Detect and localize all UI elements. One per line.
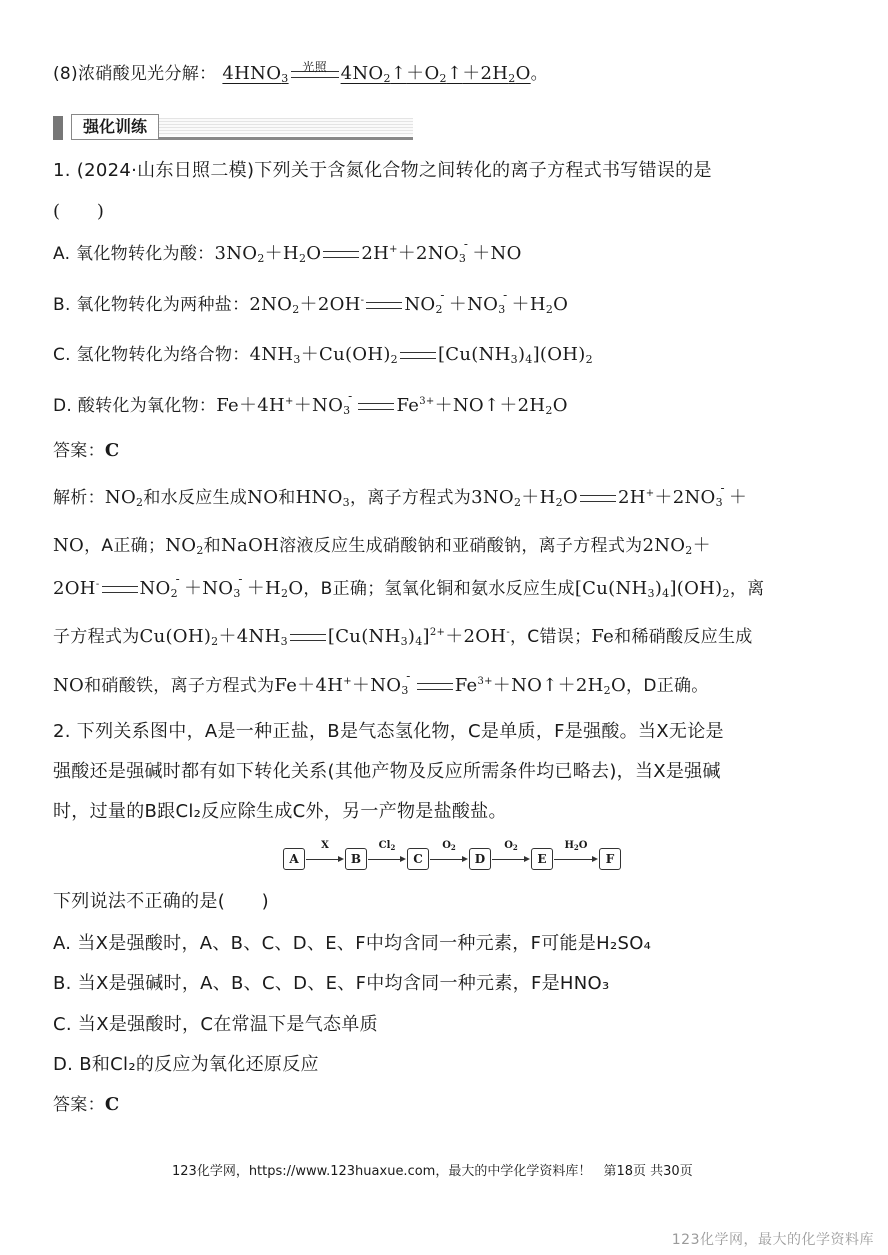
condition-equals-sign: 光照 <box>291 71 339 78</box>
q1-option-a: A. 氧化物转化为酸：3NO2＋H2O2H+＋2NO3- ＋NO <box>53 242 522 266</box>
q1-blank: ( ) <box>53 200 104 224</box>
node-b: B <box>345 848 367 870</box>
q2-option-b: B. 当X是强碱时，A、B、C、D、E、F中均含同一种元素，F是HNO₃ <box>53 972 609 996</box>
q2-option-c: C. 当X是强酸时，C在常温下是气态单质 <box>53 1013 378 1037</box>
q2-stem-line-1: 2. 下列关系图中，A是一种正盐，B是气态氢化物，C是单质，F是强酸。当X无论是 <box>53 720 724 744</box>
arrow-head-icon <box>400 856 406 862</box>
node-f: F <box>599 848 621 870</box>
node-a: A <box>283 848 305 870</box>
q2-stem-line-3: 时，过量的B跟Cl₂反应除生成C外，另一产物是盐酸盐。 <box>53 800 507 824</box>
q1-analysis-line-5: NO和硝酸铁，离子方程式为Fe＋4H+＋NO3- Fe3+＋NO↑＋2H2O，D… <box>53 674 709 698</box>
relation-flow-diagram: A X B Cl2 C O2 D O2 E H2O F <box>283 847 621 871</box>
section-stripes-decoration <box>159 118 413 136</box>
q1-answer-value: C <box>105 440 120 461</box>
node-e: E <box>531 848 553 870</box>
q1-answer: 答案：C <box>53 439 120 463</box>
arrow-head-icon <box>462 856 468 862</box>
footer-site-text: 123化学网，https://www.123huaxue.com，最大的中学化学… <box>172 1164 591 1179</box>
q1-analysis-line-4: 子方程式为Cu(OH)2＋4NH3[Cu(NH3)4]2+＋2OH-，C错误；F… <box>53 625 753 649</box>
arrow-head-icon <box>524 856 530 862</box>
watermark: 123化学网，最大的化学资料库 <box>672 1229 874 1249</box>
section-header: 强化训练 <box>53 114 413 140</box>
section-title: 强化训练 <box>71 114 159 139</box>
footer-page-number: 第18页 共30页 <box>603 1164 692 1179</box>
arrow-head-icon <box>338 856 344 862</box>
arrow-o2-second: O2 <box>492 849 530 869</box>
q1-analysis-line-2: NO，A正确；NO2和NaOH溶液反应生成硝酸钠和亚硝酸钠，离子方程式为2NO2… <box>53 534 711 558</box>
q1-option-c: C. 氢化物转化为络合物：4NH3＋Cu(OH)2[Cu(NH3)4](OH)2 <box>53 343 593 367</box>
arrow-x: X <box>306 849 344 869</box>
intro-label: (8)浓硝酸见光分解： <box>53 64 216 84</box>
arrow-head-icon <box>592 856 598 862</box>
arrow-cl2: Cl2 <box>368 849 406 869</box>
q2-answer-value: C <box>105 1094 120 1115</box>
q2-stem-line-2: 强酸还是强碱时都有如下转化关系(其他产物及反应所需条件均已略去)，当X是强碱 <box>53 760 721 784</box>
arrow-o2-first: O2 <box>430 849 468 869</box>
node-d: D <box>469 848 491 870</box>
arrow-h2o: H2O <box>554 849 598 869</box>
q2-option-a: A. 当X是强酸时，A、B、C、D、E、F中均含同一种元素，F可能是H₂SO₄ <box>53 932 651 956</box>
page-footer: 123化学网，https://www.123huaxue.com，最大的中学化学… <box>172 1160 693 1179</box>
q1-option-b: B. 氧化物转化为两种盐：2NO2＋2OH-NO2- ＋NO3- ＋H2O <box>53 293 568 317</box>
intro-line: (8)浓硝酸见光分解： 4HNO3光照4NO2↑＋O2↑＋2H2O。 <box>53 62 548 86</box>
q2-answer: 答案：C <box>53 1093 120 1117</box>
q1-analysis-line-3: 2OH-NO2- ＋NO3- ＋H2O，B正确；氢氧化铜和氨水反应生成[Cu(N… <box>53 577 764 601</box>
q1-stem: 1. (2024·山东日照二模)下列关于含氮化合物之间转化的离子方程式书写错误的… <box>53 159 712 183</box>
q2-option-d: D. B和Cl₂的反应为氧化还原反应 <box>53 1053 319 1077</box>
q1-analysis-line-1: 解析：NO2和水反应生成NO和HNO3，离子方程式为3NO2＋H2O2H+＋2N… <box>53 486 747 510</box>
node-c: C <box>407 848 429 870</box>
intro-equation: 4HNO3 <box>222 63 288 84</box>
q2-question: 下列说法不正确的是( ) <box>53 890 269 914</box>
q1-option-d: D. 酸转化为氧化物：Fe＋4H+＋NO3- Fe3+＋NO↑＋2H2O <box>53 394 568 418</box>
section-bar-decoration <box>53 116 63 140</box>
